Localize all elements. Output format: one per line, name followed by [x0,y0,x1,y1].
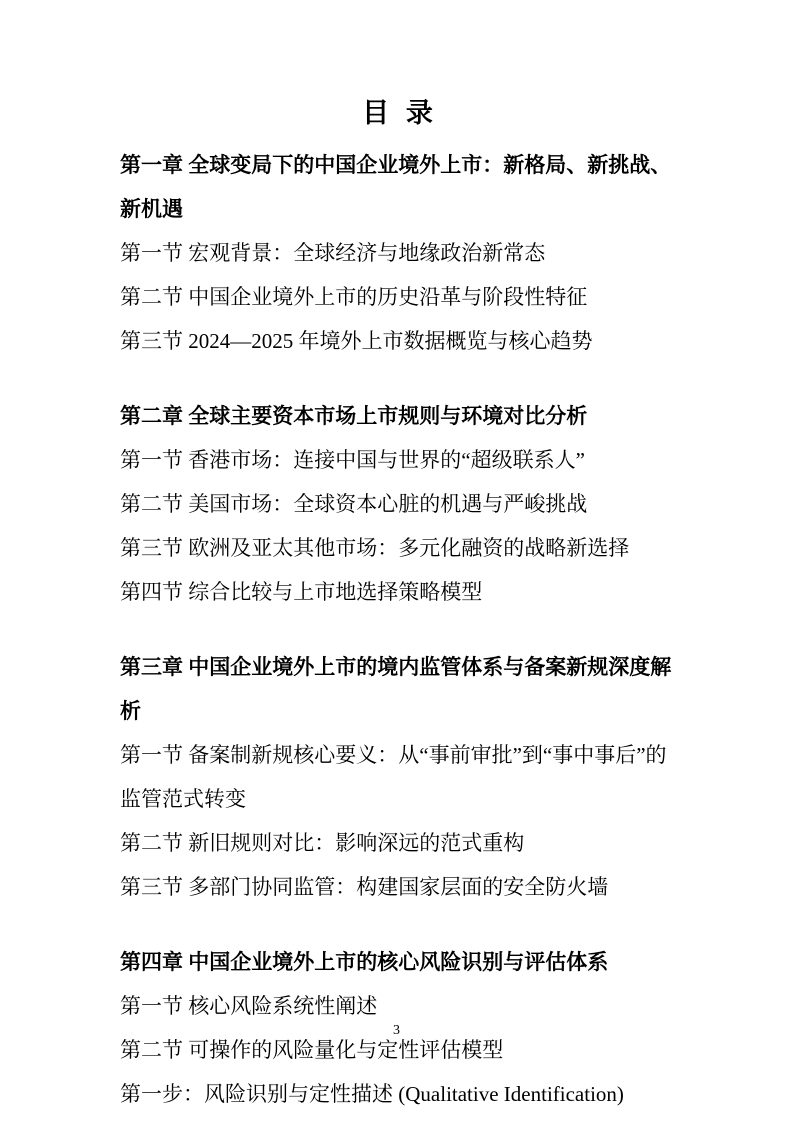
toc-section-entry: 第一节 备案制新规核心要义：从“事前审批”到“事中事后”的监管范式转变 [120,733,676,821]
toc-section-entry: 第二节 新旧规则对比：影响深远的范式重构 [120,821,676,865]
document-page: 目 录 第一章 全球变局下的中国企业境外上市：新格局、新挑战、新机遇第一节 宏观… [0,0,793,1122]
page-number: 3 [0,1022,793,1040]
toc-section-entry: 第三节 多部门协同监管：构建国家层面的安全防火墙 [120,865,676,909]
chapter-heading: 第二章 全球主要资本市场上市规则与环境对比分析 [120,394,676,438]
toc-chapter: 第三章 中国企业境外上市的境内监管体系与备案新规深度解析第一节 备案制新规核心要… [120,645,676,909]
toc-section-entry: 第四节 综合比较与上市地选择策略模型 [120,570,676,614]
toc-section-entry: 第一节 宏观背景：全球经济与地缘政治新常态 [120,231,676,275]
toc-section-entry: 第二节 中国企业境外上市的历史沿革与阶段性特征 [120,275,676,319]
toc-section-entry: 第二节 美国市场：全球资本心脏的机遇与严峻挑战 [120,482,676,526]
chapter-heading: 第三章 中国企业境外上市的境内监管体系与备案新规深度解析 [120,645,676,733]
toc-section-entry: 第三节 2024—2025 年境外上市数据概览与核心趋势 [120,319,676,363]
toc: 第一章 全球变局下的中国企业境外上市：新格局、新挑战、新机遇第一节 宏观背景：全… [120,143,676,1116]
toc-section-entry: 第一节 香港市场：连接中国与世界的“超级联系人” [120,438,676,482]
chapter-heading: 第四章 中国企业境外上市的核心风险识别与评估体系 [120,940,676,984]
page-title: 目 录 [120,97,676,130]
toc-section-entry: 第三节 欧洲及亚太其他市场：多元化融资的战略新选择 [120,526,676,570]
toc-chapter: 第二章 全球主要资本市场上市规则与环境对比分析第一节 香港市场：连接中国与世界的… [120,394,676,614]
toc-section-entry: 第一步：风险识别与定性描述 (Qualitative Identificatio… [120,1072,676,1116]
toc-chapter: 第一章 全球变局下的中国企业境外上市：新格局、新挑战、新机遇第一节 宏观背景：全… [120,143,676,363]
chapter-heading: 第一章 全球变局下的中国企业境外上市：新格局、新挑战、新机遇 [120,143,676,231]
